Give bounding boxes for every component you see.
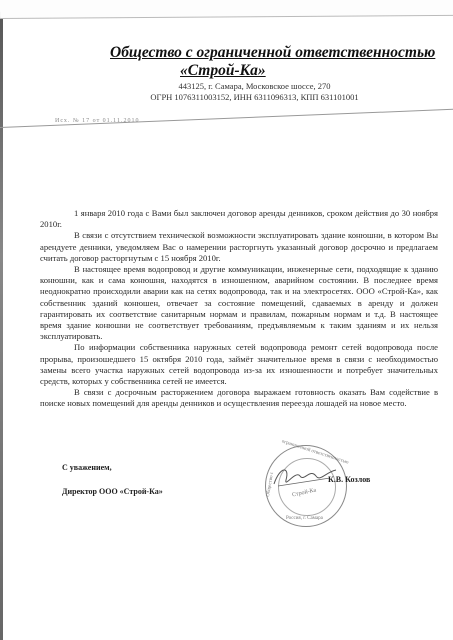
paragraph-water-supply: По информации собственника наружных сете… [40,342,438,387]
org-registration: ОГРН 1076311003152, ИНН 6311096313, КПП … [28,92,453,102]
closing-salutation: С уважением, [62,463,112,472]
paragraph-contract: 1 января 2010 года с Вами был заключен д… [40,208,438,230]
org-address: 443125, г. Самара, Московское шоссе, 270 [28,81,453,91]
paragraph-termination: В связи с отсутствием технической возмож… [40,230,438,264]
signer-name: К.В. Козлов [328,475,370,484]
letter-body: 1 января 2010 года с Вами был заключен д… [40,208,438,410]
org-name-line1: Общество с ограниченной ответственностью [110,44,435,62]
signatory-position: Директор ООО «Строй-Ка» [62,487,163,496]
outgoing-reference: Исх. № 17 от 01.11.2010 [55,118,139,124]
paragraph-condition: В настоящее время водопровод и другие ко… [40,264,438,342]
page-edge-shadow [0,0,3,640]
paper-fold-top [0,0,453,19]
paragraph-assistance: В связи с досрочным расторжением договор… [40,387,438,409]
org-name-line2: «Строй-Ка» [180,62,266,80]
seal-text-bottom: Россия, г. Самара [286,516,323,521]
